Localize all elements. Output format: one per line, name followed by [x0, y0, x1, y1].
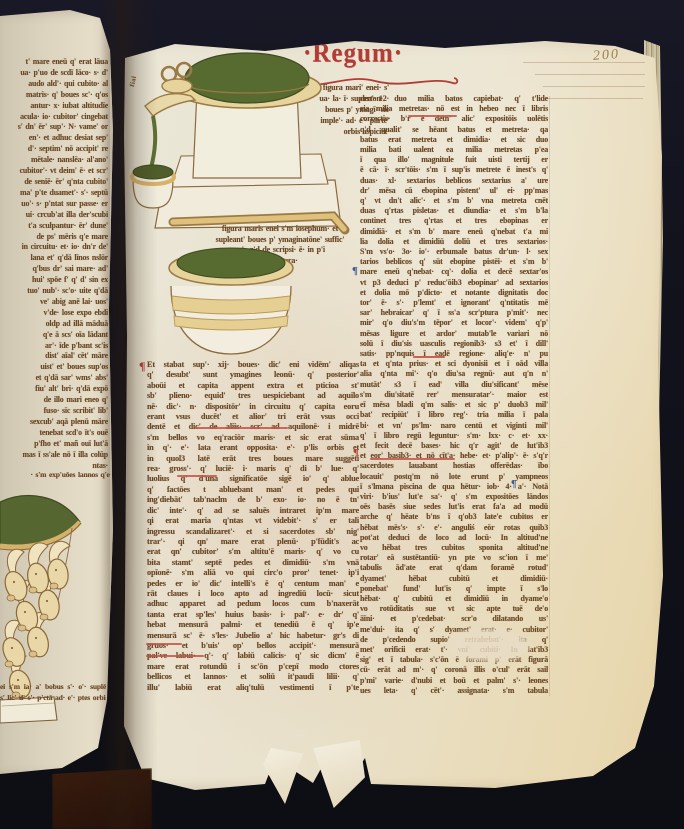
text-line: antur· x· iubat altitudīe: [0, 101, 108, 112]
text-line: illu' labiū erat aliq'tulū vestimenti ī …: [147, 683, 359, 693]
text-line: tanta erat sp'les' huius basis· i· pal'·…: [147, 610, 359, 620]
text-line: arche q' hēate b'ns ī q'ob3 late'e cubit…: [360, 512, 548, 522]
text-line: continet tres q'rtas et tres ebopinas er: [360, 216, 548, 226]
torn-parchment-flap: [263, 748, 303, 804]
bowl-illustration: [167, 244, 299, 360]
red-pilcrow: ¶: [353, 448, 359, 459]
text-line: s' lic' d' s'· p'ctā ad· e'· ptes orbis: [0, 693, 106, 704]
text-line: ingressu scandalizaret'· et si sacerdote…: [147, 527, 359, 537]
text-line: in quol3 latē erāt tres boues mare suggē…: [147, 454, 359, 464]
text-line: dist' aīal' cēt' māre: [0, 351, 108, 362]
text-line: pedes er io' dic' intelli's ē q' centum …: [147, 579, 359, 589]
text-line: sexcub' aqā plenū māre: [0, 417, 108, 428]
text-line: ponebat' fund' lut'is q' impte ī s'lo: [360, 584, 548, 594]
text-line: trar'· qi qn' mare erat plenū· p'fūdit's…: [147, 537, 359, 547]
text-line: q' desubt' sunt ymagines leonū· q' poste…: [147, 370, 359, 380]
blue-paragraph-mark: ¶: [511, 480, 516, 490]
text-line: in q'· e'· lata erant opposita· e'· p'li…: [147, 443, 359, 453]
text-line: erant vsus ducēt' et alior' tri erāt vsu…: [147, 412, 359, 422]
text-line: v'de· lose expo ebdi: [0, 308, 108, 319]
text-line: in circuitu· et· io· dn'r de': [0, 242, 108, 253]
text-line: dic' inte'· q' ad se saluēs intraret ip'…: [147, 506, 359, 516]
text-line: q' ī libro regū leguntur· s'm· lxx· c· e…: [360, 431, 548, 441]
text-line: mutāt' s3 ī ead' villa diu'sificant' mēs…: [360, 380, 548, 390]
text-line: bi· et vn' ps'lm· naro centū et viginti …: [360, 421, 548, 431]
text-line: ui· crcub'at illa der'scubi: [0, 210, 108, 221]
text-line: mensurā sc' ē· s'les· Jubelio a' hic hab…: [147, 631, 359, 641]
text-line: figura maris enei s'm iosephum· et: [175, 224, 385, 235]
rubric-underline: [177, 475, 217, 477]
text-line: t'a sculpantur· ēr' dune': [0, 221, 108, 232]
right-page: ·Regum· 200: [115, 36, 665, 798]
text-line: adhuc apparet ad pedum locos cum b'naxer…: [147, 599, 359, 609]
text-line: sig' et ī tabula· s'c'ōn ē forami p' erā…: [360, 655, 548, 665]
bowl-water: [177, 248, 285, 278]
text-line: matris· q' boues sc'· q'os: [0, 90, 108, 101]
text-line: batus erat metreta et dimidia· et sic du…: [360, 135, 548, 145]
text-line: sb' plieno· equid' tres uespiciebant ad …: [147, 391, 359, 401]
ruling-line: [543, 98, 643, 99]
text-line: ria milia metretas· nō est in hebeo nec …: [360, 104, 548, 114]
ruling-line: [535, 74, 645, 75]
pot-water: [133, 165, 173, 179]
text-line: mas ī ss'ale nō ī illa colūp: [0, 450, 108, 461]
left-page-text-column: t' mare eneū q' erat lāuaua· p'uo de scd…: [0, 57, 108, 471]
water-stream: [151, 116, 155, 168]
text-line: ma' p'te duamet'· s'· septū: [0, 188, 108, 199]
text-line: hēbat mēs's· s'· e'· anguliś eōr rotas q…: [360, 523, 548, 533]
rubric-underline: [146, 655, 204, 657]
text-line: Et stabat sup'· xij· boues· dic' eni vid…: [147, 360, 359, 370]
text-line: duas q'rtas pisletas· et diundia· et s'm…: [360, 206, 548, 216]
text-line: hēbat· q' cubitū et dimidiū in dyame'o: [360, 594, 548, 604]
spout-knob: [162, 79, 192, 93]
text-line: solū ī diu'sis uasculis regionib3· s3 et…: [360, 339, 548, 349]
text-line: cū· erāt ad m'· q' coronā illis o'cul' e…: [360, 665, 548, 675]
text-line: dr' mēsa cū ebopina pistent' ul' ei· pp'…: [360, 186, 548, 196]
text-line: ua· p'uo de scdī lāco· s· d': [0, 68, 108, 79]
text-line: mētale· nanslēa· al'ano': [0, 155, 108, 166]
text-line: vt p3 deduci p' reduc'ōib3 ebopinar' ad …: [360, 278, 548, 288]
text-line: sar' hebraicar' q' ī ss'a scr'ptura p'mi…: [360, 308, 548, 318]
text-line: pot'at deduci de loco ad locū· In altitu…: [360, 533, 548, 543]
text-line: mir' q'o diu's'm tēpor' et locor'· videm…: [360, 318, 548, 328]
text-line: et fecit decē bases· hic q'r agit' de lu…: [360, 441, 548, 451]
text-line: s'm bellos vo eq'raciōr maris· et sic er…: [147, 433, 359, 443]
text-line: lana et' q'dā līnos nslōr: [0, 253, 108, 264]
text-line: figura mari' enei· s': [293, 82, 389, 93]
ruling-line: [543, 86, 645, 87]
text-line: vo hēbat tres cubitos sponita altitud'ne: [360, 543, 548, 553]
text-line: āīni· et p'cedebat· scr'o dilatando us': [360, 614, 548, 624]
rubric-underline: [408, 115, 457, 117]
text-line: ī qua illo' magnitule fuit uisti tertij …: [360, 155, 548, 165]
vessel-water: [185, 53, 309, 103]
text-line: uo'· s· p'ntat sur passe· er: [0, 199, 108, 210]
text-line: locauit' postq'm nō lote erunt p' yampne…: [360, 472, 548, 482]
text-line: erat qn' cubitor' s'm altitu'ē maris· q'…: [147, 547, 359, 557]
rubric-underline: [146, 643, 182, 645]
text-line: satis· pp'nquis ī eadē regione· aliq'e· …: [360, 349, 548, 359]
text-line: ei s'm ia· a' bobus s'· o'· suplē: [0, 682, 106, 693]
text-line: q'bus dr' sai mare· ad': [0, 264, 108, 275]
blue-paragraph-mark: ¶: [352, 266, 358, 277]
text-line: dimidiā· et s'm b' mare eneū q'nebat t'a…: [360, 227, 548, 237]
text-line: fiu' alt' bri· q'dā expō: [0, 384, 108, 395]
text-line: ī s'lmana piscina de qua hētur· iob· 4· …: [360, 482, 548, 492]
column-ruling: [549, 96, 550, 696]
text-line: de seniē· ēr' q'nta cubito': [0, 177, 108, 188]
text-line: rotar' eā sustētantiū· yn pte vo sc'ion …: [360, 553, 548, 563]
text-line: tarios beblicos q' sūt ebopine pistēi· e…: [360, 257, 548, 267]
text-line: audo ald'· qui cubito· al: [0, 79, 108, 90]
text-line: lia dolia et dimidiū doliū et tres sexta…: [360, 237, 548, 247]
left-page-bottom-text: ei s'm ia· a' bobus s'· o'· suplēs' lic'…: [0, 682, 106, 703]
text-column-two: certon· duo milia batos capiebat· q' t'l…: [360, 94, 548, 696]
text-line: ing'diebāt' tab'naclm de b' exo· io· no …: [147, 495, 359, 505]
text-line: ues leta· q' cēt'· assignata· s'm tabula: [360, 686, 548, 696]
text-line: certon· duo milia batos capiebat· q' t'l…: [360, 94, 548, 104]
rubric-underline: [370, 458, 455, 460]
text-line: ē cā· ī· scr'tōis· s'm ī sup'is metrete …: [360, 165, 548, 175]
text-line: q'e ā scs' oīa lādant: [0, 330, 108, 341]
text-line: oldp ad illā māduā: [0, 319, 108, 330]
rubric-strikethrough: [413, 356, 445, 358]
manuscript-photo: t' mare eneū q' erat lāuaua· p'uo de scd…: [0, 0, 684, 829]
text-line: q'd qualit' se hēant batus et metreta· q…: [360, 125, 548, 135]
text-line: rea· gross'· q' luciē· i· maris q' di b'…: [147, 464, 359, 474]
text-line: vo rotūditatis sue vt sic apte tuē de'o: [360, 604, 548, 614]
text-line: q' vt dn't alic'· et s'm b' vna metreta …: [360, 196, 548, 206]
text-line: ar'· īde p'bant sc'is: [0, 341, 108, 352]
ruling-line: [523, 62, 645, 63]
text-line: tor' ē· s'· p'lemt' et ignorant' q'ntita…: [360, 298, 548, 308]
text-line: tuo' nub'· sc'o· uite q'dā: [0, 286, 108, 297]
text-line: t' mare eneū q' erat lāua: [0, 57, 108, 68]
text-line: sacerdotes lauabant hostias offerēdas· ī…: [360, 461, 548, 471]
text-line: acula· io· cubitor' cingebat: [0, 112, 108, 123]
text-line: rāt claues i loco apto ad ingrediū locū·…: [147, 589, 359, 599]
folio-number: 200: [592, 47, 620, 65]
text-line: fuso· sīc scribit' lib': [0, 406, 108, 417]
text-line: oēs basēs siue sedes lut'is erat fa'a ad…: [360, 502, 548, 512]
text-line: ta et q'nta prius· et sci dyonisii et ī …: [360, 359, 548, 369]
text-line: dyamet' hēbat cubitū et dimidiū·: [360, 574, 548, 584]
text-line: et dolia mō p'dicto· et notante dignitat…: [360, 288, 548, 298]
text-line: S'm vs'o· 3o· io'· erbumale batus dr'un·…: [360, 247, 548, 257]
binding-edge: [52, 768, 152, 829]
text-line: bellicos et lannos· et soliū it'paudi li…: [147, 672, 359, 682]
text-line: tenebat scd'o īt's ouē: [0, 428, 108, 439]
text-line: mēsas ligure et ardor' mutab'le variari …: [360, 329, 548, 339]
left-page: t' mare eneū q' erat lāuaua· p'uo de scd…: [0, 10, 116, 778]
text-line: de illo mari eneo q': [0, 395, 108, 406]
torn-parchment-flap: [313, 740, 365, 808]
text-line: mare erat rotundū i sc'ōn p'cepī modo ct…: [147, 662, 359, 672]
text-line: p'mi' varie· d'nubi et boū et palm' s'· …: [360, 676, 548, 686]
text-line: alia q'nta mi'· q'o diu'sa regnū· aut q'…: [360, 369, 548, 379]
faded-ink-smudge: [447, 628, 531, 662]
text-line: nē· dic'· n· dispositōr' in circuitu q' …: [147, 402, 359, 412]
text-line: eī mēsa bladi q'm salis· et sic p' duob3…: [360, 400, 548, 410]
text-line: q' factōes t abluebant man' et pedes qui: [147, 485, 359, 495]
text-line: bita stamt' septē pedes et dimidiū· s'm …: [147, 558, 359, 568]
text-line: p'fho et' mañ ouī lut'ā: [0, 439, 108, 450]
text-line: s'm diu'sitatē rer' mensuratar'· maior e…: [360, 390, 548, 400]
molten-sea-vessel-illustration: [125, 38, 370, 238]
text-line: en'· et adhuc desiat sep': [0, 133, 108, 144]
text-line: milia bati ualent ea milia metretas p'ea: [360, 145, 548, 155]
text-line: bat' recipiūt' ī libro reg'· tria milia …: [360, 410, 548, 420]
text-line: cubitor'· vt deim' ē· et scr': [0, 166, 108, 177]
text-line: mare eneū q'nebat· cq'· dolia et decē se…: [360, 267, 548, 277]
text-line: de ps' mēris q'e mare: [0, 232, 108, 243]
red-pilcrow: ¶: [139, 360, 145, 372]
rubric-underline: [195, 427, 288, 429]
text-line: s' dn' ēr' sup'· N· vame' or: [0, 122, 108, 133]
text-line: tabulis ād'ate erat q'dam foramē rotud': [360, 563, 548, 573]
text-line: hebat mensurā palmi· et tenediū ē q' ip'…: [147, 620, 359, 630]
text-line: et q'dā sar' wms' abs': [0, 373, 108, 384]
text-line: uist' et' boues sup'os: [0, 362, 108, 373]
basin-water: [0, 496, 80, 546]
text-line: qi erat maria q'ntas vt videbit'· s' er …: [147, 516, 359, 526]
text-line: d'· septim' nō accipit' re: [0, 144, 108, 155]
text-line: ve' abig anē lai· uos': [0, 297, 108, 308]
text-line: aboūi et capita appent extra et pticioa …: [147, 381, 359, 391]
text-line: duas· xl· sextarios beblicos sextarius a…: [360, 176, 548, 186]
text-line: opīonē· s'm aliā vo qui circ'o pror' ten…: [147, 568, 359, 578]
spout-arm: [145, 94, 195, 116]
text-line: hui' spōe f' q' d' sin ex: [0, 275, 108, 286]
left-page-illustration-caption: · s'm exp'uōes lannos q'e·: [2, 470, 112, 479]
text-line: viri· b'ius' lut'e sa'· q' s'm expositōe…: [360, 492, 548, 502]
